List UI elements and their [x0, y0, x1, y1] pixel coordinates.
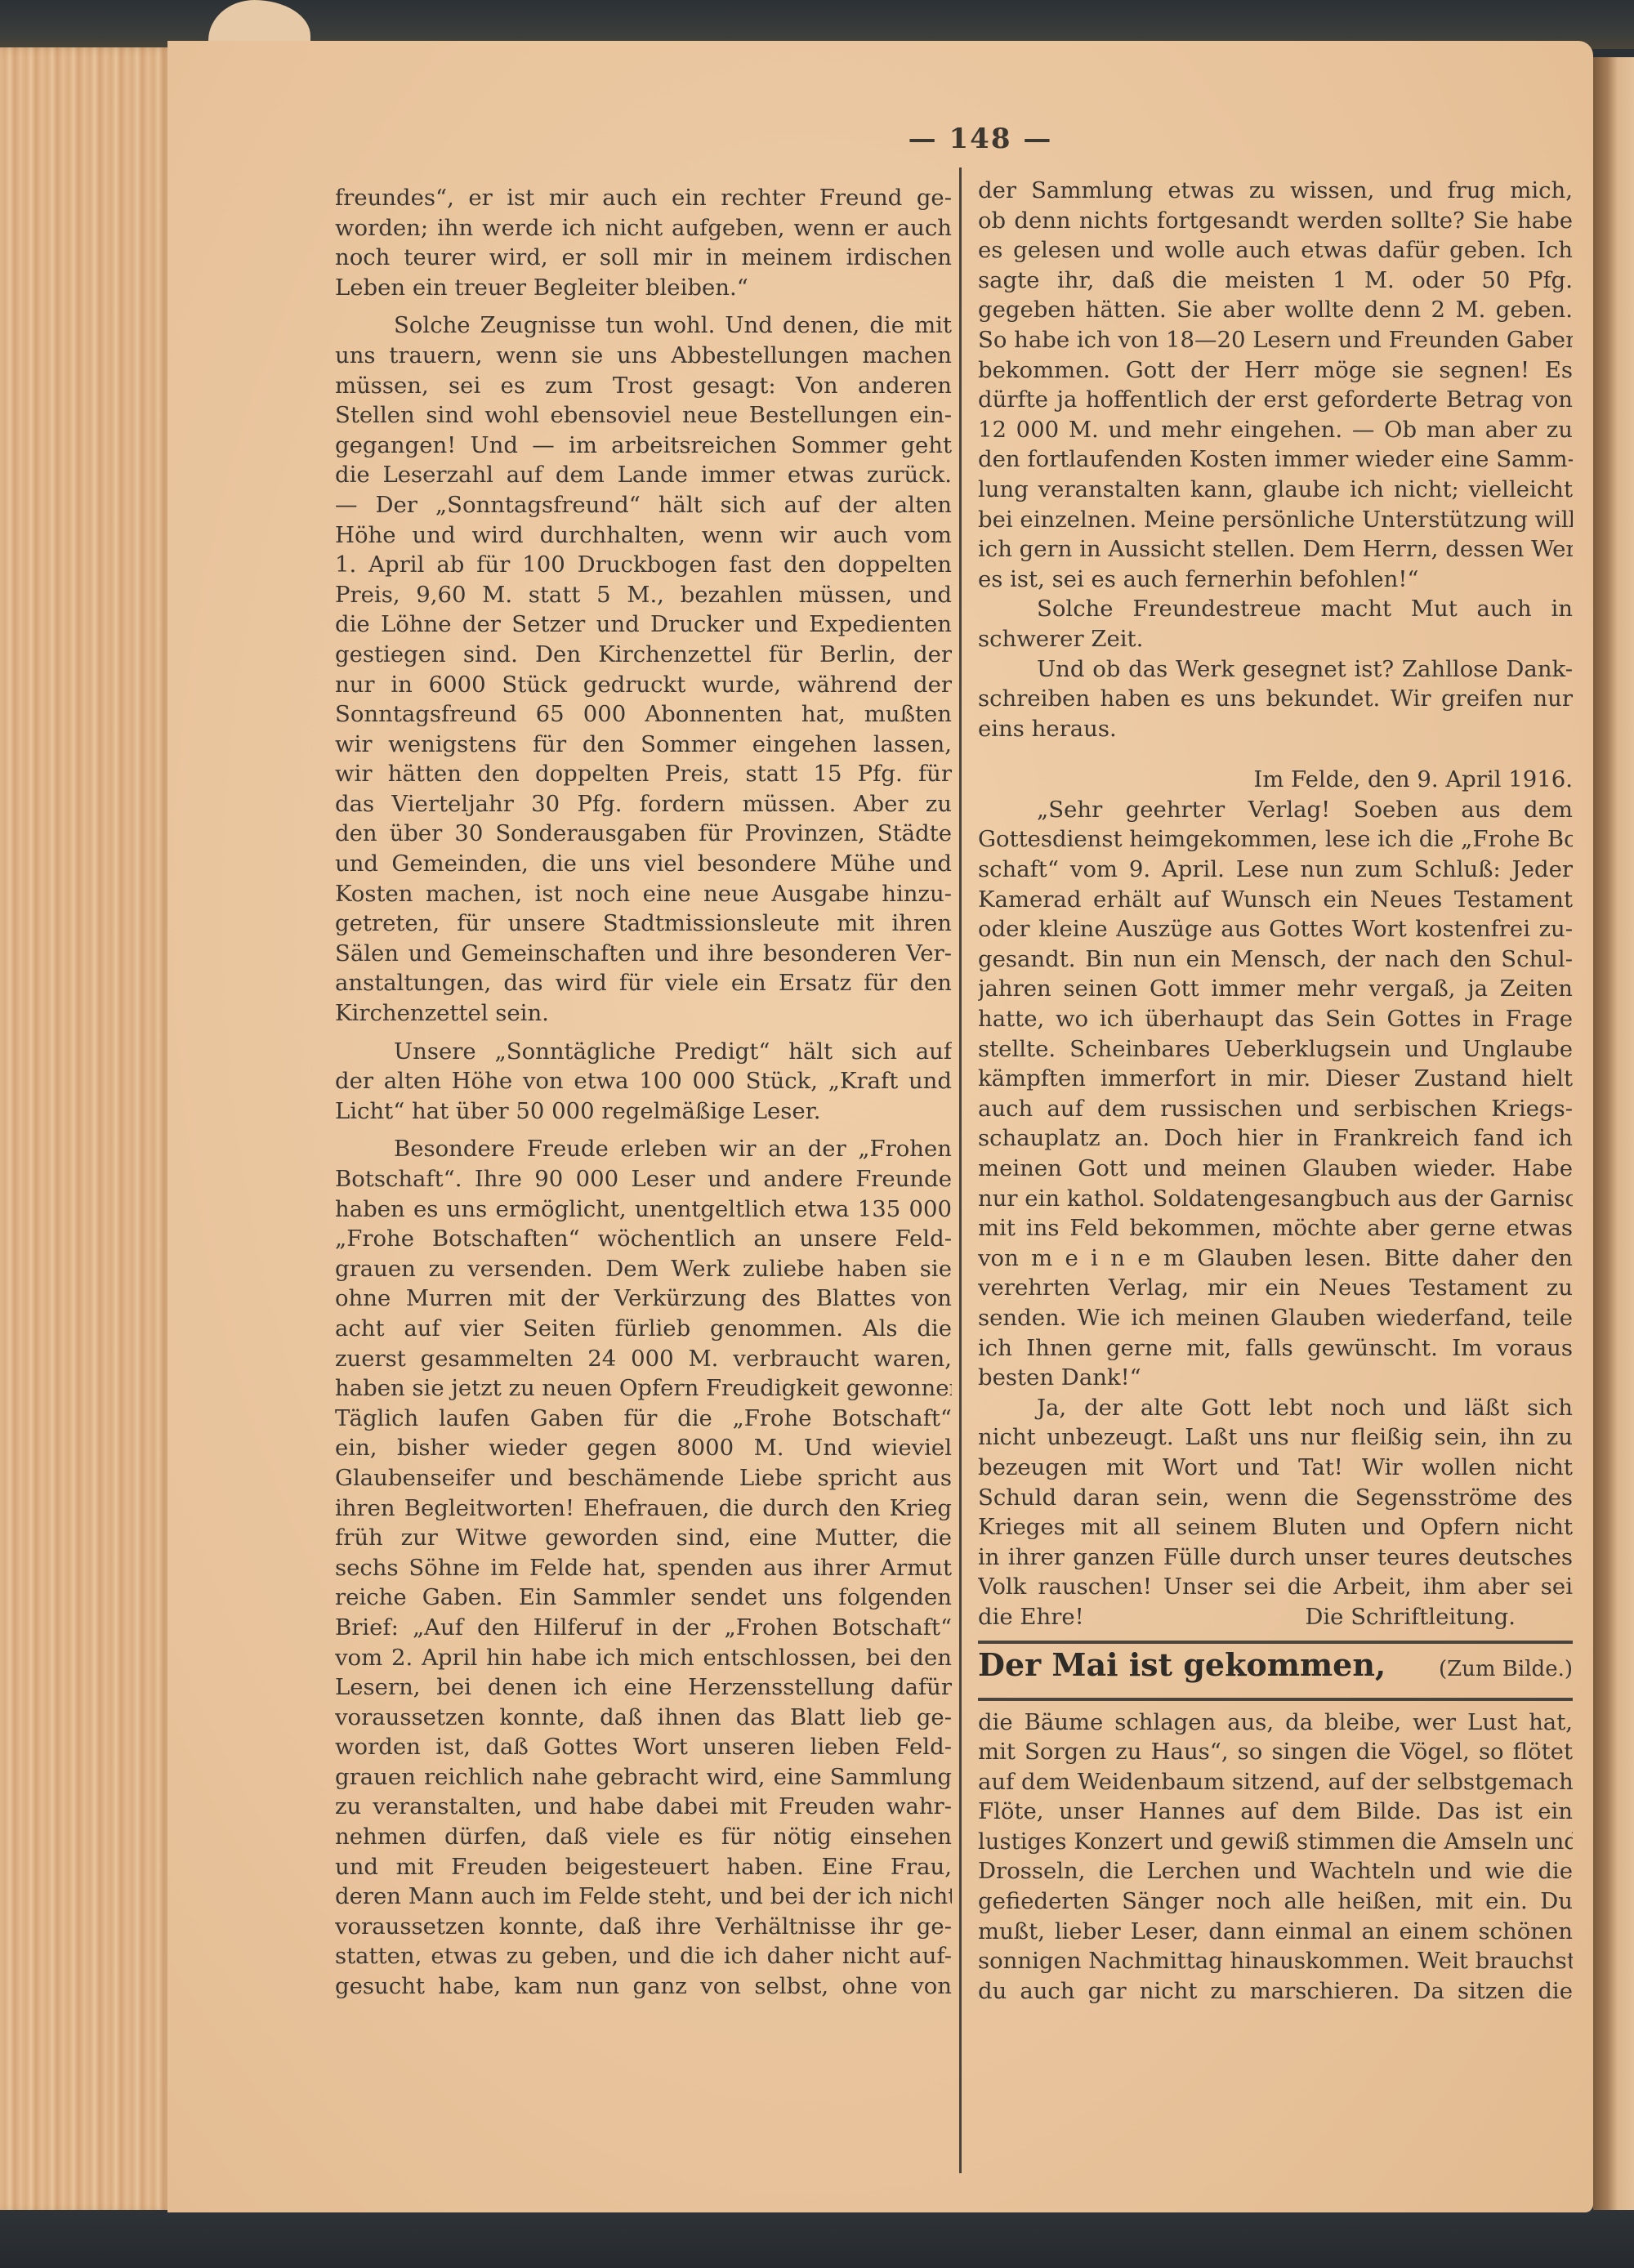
text-line: Schuld daran sein, wenn die Segensströme… — [978, 1483, 1573, 1513]
text-line: So habe ich von 18—20 Lesern und Freunde… — [978, 325, 1573, 355]
text-line: bekommen. Gott der Herr möge sie segnen!… — [978, 355, 1573, 386]
text-line: ob denn nichts fortgesandt werden sollte… — [978, 206, 1573, 236]
text-line: 1. April ab für 100 Druckbogen fast den … — [335, 550, 952, 580]
text-line: Höhe und wird durchhalten, wenn wir auch… — [335, 520, 952, 551]
text-line: „Frohe Botschaften“ wöchentlich an unser… — [335, 1224, 952, 1254]
text-line: Sonntagsfreund 65 000 Abonnenten hat, mu… — [335, 699, 952, 730]
text-line: dürfte ja hoffentlich der erst gefordert… — [978, 385, 1573, 415]
text-line: getreten, für unsere Stadtmissionsleute … — [335, 909, 952, 939]
signature-row: die Ehre! Die Schriftleitung. — [978, 1602, 1573, 1632]
text-line: Krieges mit all seinem Bluten und Opfern… — [978, 1512, 1573, 1543]
text-line: 12 000 M. und mehr eingehen. — Ob man ab… — [978, 415, 1573, 445]
text-line: reiche Gaben. Ein Sammler sendet uns fol… — [335, 1583, 952, 1613]
text-line: grauen zu versenden. Dem Werk zuliebe ha… — [335, 1254, 952, 1284]
text-line: mit Sorgen zu Haus“, so singen die Vögel… — [978, 1737, 1573, 1767]
text-line: „Sehr geehrter Verlag! Soeben aus dem — [978, 795, 1573, 825]
text-line: nehmen dürfen, daß viele es für nötig ei… — [335, 1822, 952, 1852]
text-line: Kosten machen, ist noch eine neue Ausgab… — [335, 879, 952, 909]
closing-text: die Ehre! — [978, 1602, 1084, 1632]
text-line: sonnigen Nachmittag hinauskommen. Weit b… — [978, 1946, 1573, 1976]
letter-dateline: Im Felde, den 9. April 1916. — [978, 765, 1573, 795]
text-line: vom 2. April hin habe ich mich entschlos… — [335, 1643, 952, 1673]
text-line: kämpften immerfort in mir. Dieser Zustan… — [978, 1064, 1573, 1094]
text-line: Gottesdienst heimgekommen, lese ich die … — [978, 824, 1573, 855]
text-line: Leben ein treuer Begleiter bleiben.“ — [335, 273, 952, 303]
text-line: Brief: „Auf den Hilferuf in der „Frohen … — [335, 1613, 952, 1643]
text-line: zuerst gesammelten 24 000 M. verbraucht … — [335, 1344, 952, 1374]
left-column: freundes“, er ist mir auch ein rechter F… — [335, 183, 952, 2002]
text-line: haben sie jetzt zu neuen Opfern Freudigk… — [335, 1373, 952, 1404]
text-line: Solche Zeugnisse tun wohl. Und denen, di… — [335, 310, 952, 341]
text-line: jahren seinen Gott immer mehr vergaß, ja… — [978, 974, 1573, 1004]
text-line: haben es uns ermöglicht, unentgeltlich e… — [335, 1194, 952, 1225]
column-divider — [959, 167, 962, 2173]
text-line: es ist, sei es auch fernerhin befohlen!“ — [978, 565, 1573, 595]
text-line: ein, bisher wieder gegen 8000 M. Und wie… — [335, 1433, 952, 1463]
text-line: lustiges Konzert und gewiß stimmen die A… — [978, 1827, 1573, 1857]
text-line: ihren Begleitworten! Ehefrauen, die durc… — [335, 1493, 952, 1524]
text-line: gegeben hätten. Sie aber wollte denn 2 M… — [978, 295, 1573, 325]
text-line: besten Dank!“ — [978, 1363, 1573, 1393]
article-header: Der Mai ist gekommen, (Zum Bilde.) — [978, 1650, 1573, 1690]
text-line: hatte, wo ich überhaupt das Sein Gottes … — [978, 1004, 1573, 1034]
text-line: wir wenigstens für den Sommer eingehen l… — [335, 730, 952, 760]
text-line: stellte. Scheinbares Ueberklugsein und U… — [978, 1034, 1573, 1065]
text-line: früh zur Witwe geworden sind, eine Mutte… — [335, 1523, 952, 1553]
text-line: statten, etwas zu geben, und die ich dah… — [335, 1941, 952, 1971]
text-line: anstaltungen, das wird für viele ein Ers… — [335, 968, 952, 998]
text-line: Ja, der alte Gott lebt noch und läßt sic… — [978, 1393, 1573, 1423]
text-line: ohne Murren mit der Verkürzung des Blatt… — [335, 1284, 952, 1314]
text-line: acht auf vier Seiten fürlieb genommen. A… — [335, 1314, 952, 1344]
text-line: nicht unbezeugt. Laßt uns nur fleißig se… — [978, 1422, 1573, 1453]
text-line: zu veranstalten, und habe dabei mit Freu… — [335, 1792, 952, 1822]
text-line: Kamerad erhält auf Wunsch ein Neues Test… — [978, 885, 1573, 915]
text-line: gesucht habe, kam nun ganz von selbst, o… — [335, 1971, 952, 2002]
text-line: mußt, lieber Leser, dann einmal an einem… — [978, 1917, 1573, 1947]
text-line: in ihrer ganzen Fülle durch unser teures… — [978, 1543, 1573, 1573]
text-line: schreiben haben es uns bekundet. Wir gre… — [978, 684, 1573, 714]
text-line: schauplatz an. Doch hier in Frankreich f… — [978, 1123, 1573, 1154]
text-line: Täglich laufen Gaben für die „Frohe Bots… — [335, 1404, 952, 1434]
text-line: der Sammlung etwas zu wissen, und frug m… — [978, 176, 1573, 206]
text-line: ich Ihnen gerne mit, falls gewünscht. Im… — [978, 1333, 1573, 1364]
text-line: Flöte, unser Hannes auf dem Bilde. Das i… — [978, 1797, 1573, 1827]
text-line: Unsere „Sonntägliche Predigt“ hält sich … — [335, 1037, 952, 1067]
text-line: Kirchenzettel sein. — [335, 998, 952, 1029]
text-line: Solche Freundestreue macht Mut auch in — [978, 594, 1573, 624]
text-line: — Der „Sonntagsfreund“ hält sich auf der… — [335, 490, 952, 520]
text-line: gegangen! Und — im arbeitsreichen Sommer… — [335, 431, 952, 461]
right-column: der Sammlung etwas zu wissen, und frug m… — [978, 176, 1573, 2006]
text-line: die Löhne der Setzer und Drucker und Exp… — [335, 609, 952, 640]
text-line: Botschaft“. Ihre 90 000 Leser und andere… — [335, 1164, 952, 1194]
text-line: gefiederten Sänger noch alle heißen, mit… — [978, 1886, 1573, 1917]
text-line: verehrten Verlag, mir ein Neues Testamen… — [978, 1273, 1573, 1303]
text-line: ich gern in Aussicht stellen. Dem Herrn,… — [978, 534, 1573, 565]
text-line: Licht“ hat über 50 000 regelmäßige Leser… — [335, 1096, 952, 1127]
text-line: Besondere Freude erleben wir an der „Fro… — [335, 1134, 952, 1164]
text-line: der alten Höhe von etwa 100 000 Stück, „… — [335, 1066, 952, 1096]
text-line: den fortlaufenden Kosten immer wieder ei… — [978, 444, 1573, 475]
text-line: Volk rauschen! Unser sei die Arbeit, ihm… — [978, 1572, 1573, 1602]
text-line: die Bäume schlagen aus, da bleibe, wer L… — [978, 1708, 1573, 1738]
text-line: schaft“ vom 9. April. Lese nun zum Schlu… — [978, 855, 1573, 885]
text-line: nur ein kathol. Soldatengesangbuch aus d… — [978, 1184, 1573, 1214]
section-rule-top — [978, 1641, 1573, 1644]
text-line: gesandt. Bin nun ein Mensch, der nach de… — [978, 944, 1573, 975]
book-cover-bottom — [0, 2210, 1634, 2268]
text-line: du auch gar nicht zu marschieren. Da sit… — [978, 1976, 1573, 2007]
text-line: wir hätten den doppelten Preis, statt 15… — [335, 759, 952, 789]
text-line: die Leserzahl auf dem Lande immer etwas … — [335, 460, 952, 490]
text-line: senden. Wie ich meinen Glauben wiederfan… — [978, 1303, 1573, 1333]
text-line: nur in 6000 Stück gedruckt wurde, währen… — [335, 670, 952, 700]
next-page-edge — [1593, 57, 1634, 2214]
text-line: noch teurer wird, er soll mir in meinem … — [335, 243, 952, 273]
text-line: es gelesen und wolle auch etwas dafür ge… — [978, 235, 1573, 266]
text-line: mit ins Feld bekommen, möchte aber gerne… — [978, 1213, 1573, 1243]
text-line: sagte ihr, daß die meisten 1 M. oder 50 … — [978, 266, 1573, 296]
text-line: Drosseln, die Lerchen und Wachteln und w… — [978, 1856, 1573, 1886]
section-rule-bottom — [978, 1698, 1573, 1701]
text-line: freundes“, er ist mir auch ein rechter F… — [335, 183, 952, 213]
text-line: schwerer Zeit. — [978, 624, 1573, 654]
text-line: meinen Gott und meinen Glauben wieder. H… — [978, 1154, 1573, 1184]
text-line: gestiegen sind. Den Kirchenzettel für Be… — [335, 640, 952, 670]
text-line: voraussetzen konnte, daß ihre Verhältnis… — [335, 1912, 952, 1942]
text-line: und mit Freuden beigesteuert haben. Eine… — [335, 1852, 952, 1882]
text-line: Sälen und Gemeinschaften und ihre besond… — [335, 939, 952, 969]
text-line: und Gemeinden, die uns viel besondere Mü… — [335, 849, 952, 879]
text-line: bezeugen mit Wort und Tat! Wir wollen ni… — [978, 1453, 1573, 1483]
text-line: lung veranstalten kann, glaube ich nicht… — [978, 475, 1573, 505]
text-line: Und ob das Werk gesegnet ist? Zahllose D… — [978, 654, 1573, 685]
page-number: — 148 — — [817, 123, 1144, 155]
text-line: müssen, sei es zum Trost gesagt: Von and… — [335, 371, 952, 401]
signature: Die Schriftleitung. — [1305, 1602, 1573, 1632]
article-note: (Zum Bilde.) — [1439, 1654, 1573, 1685]
text-line: oder kleine Auszüge aus Gottes Wort kost… — [978, 914, 1573, 944]
text-line: sechs Söhne im Felde hat, spenden aus ih… — [335, 1553, 952, 1583]
text-line: den über 30 Sonderausgaben für Provinzen… — [335, 819, 952, 849]
article-title: Der Mai ist gekommen, — [978, 1650, 1386, 1681]
text-line: deren Mann auch im Felde steht, und bei … — [335, 1882, 952, 1912]
text-line: worden ist, daß Gottes Wort unseren lieb… — [335, 1732, 952, 1762]
text-line: bei einzelnen. Meine persönliche Unterst… — [978, 505, 1573, 535]
text-line: worden; ihn werde ich nicht aufgeben, we… — [335, 213, 952, 243]
text-line: voraussetzen konnte, daß ihnen das Blatt… — [335, 1703, 952, 1733]
text-line: Lesern, bei denen ich eine Herzensstellu… — [335, 1672, 952, 1703]
text-line: uns trauern, wenn sie uns Abbestellungen… — [335, 341, 952, 371]
text-line: das Vierteljahr 30 Pfg. fordern müssen. … — [335, 789, 952, 819]
page-edge-stack — [0, 47, 172, 2212]
text-line: von m e i n e m Glauben lesen. Bitte dah… — [978, 1243, 1573, 1274]
text-line: Glaubenseifer und beschämende Liebe spri… — [335, 1463, 952, 1493]
text-line: Stellen sind wohl ebensoviel neue Bestel… — [335, 400, 952, 431]
text-line: eins heraus. — [978, 714, 1573, 744]
text-line: auf dem Weidenbaum sitzend, auf der selb… — [978, 1767, 1573, 1797]
text-line: auch auf dem russischen und serbischen K… — [978, 1094, 1573, 1124]
text-line: Preis, 9,60 M. statt 5 M., bezahlen müss… — [335, 580, 952, 610]
text-line: grauen reichlich nahe gebracht wird, ein… — [335, 1762, 952, 1793]
